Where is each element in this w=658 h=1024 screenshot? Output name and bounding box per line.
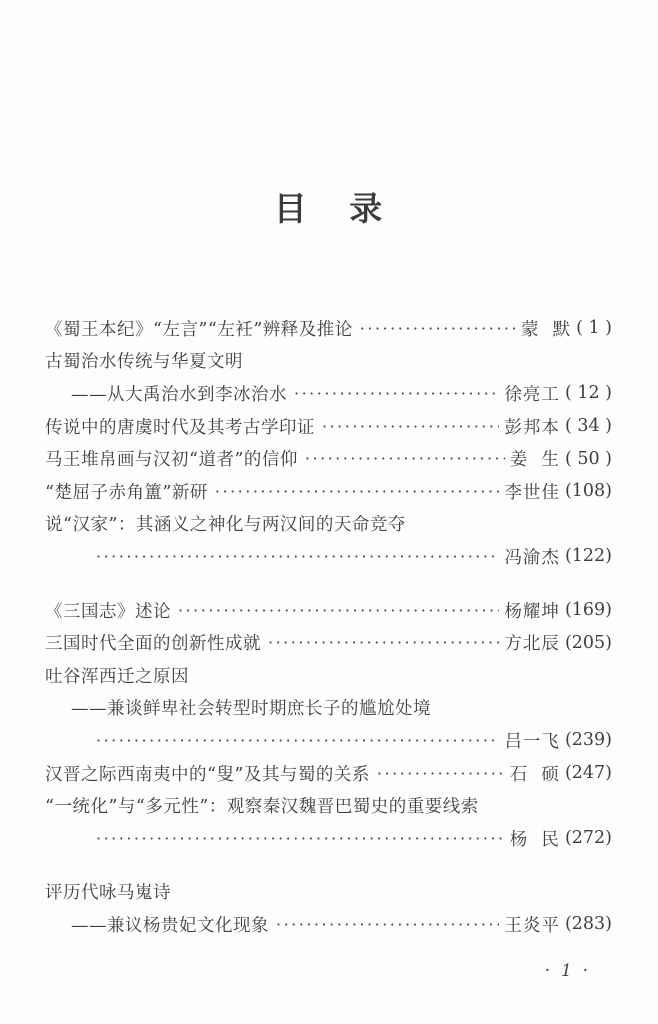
dots-leader: ········································… (276, 915, 499, 934)
dots-leader: ········································… (360, 319, 516, 338)
toc-entry: 马王堆帛画与汉初“道者”的信仰·························… (45, 442, 612, 475)
entry-title: 评历代咏马嵬诗 (45, 879, 171, 904)
book-page: 目 录 《蜀王本纪》“左言”“左衽”辨释及推论·················… (0, 0, 658, 1024)
toc-entry: ——兼谈鲜卑社会转型时期庶长子的尴尬处境 (45, 692, 612, 725)
entry-page: (108) (565, 481, 612, 501)
toc-entry: 古蜀治水传统与华夏文明 (45, 345, 612, 378)
entry-page: (205) (565, 633, 612, 653)
entry-author: 方北辰 (504, 630, 560, 655)
entry-page: ( 1 ) (576, 318, 612, 338)
entry-author: 杨耀坤 (504, 598, 560, 623)
entry-page: (247) (565, 763, 612, 783)
dots-leader: ········································… (96, 547, 499, 566)
toc-entry: “楚屈子赤角簠”新研······························… (45, 475, 612, 508)
entry-author: 徐亮工 (504, 381, 560, 406)
toc-list: 《蜀王本纪》“左言”“左衽”辨释及推论·····················… (45, 312, 612, 962)
toc-entry: 说“汉家”：其涵义之神化与两汉间的天命竞夺 (45, 508, 612, 541)
page-title: 目 录 (0, 183, 658, 230)
dots-leader: ········································… (96, 829, 505, 848)
entry-page: (122) (565, 546, 612, 566)
entry-author: 蒙 默 (521, 316, 571, 341)
toc-group: 评历代咏马嵬诗——兼议杨贵妃文化现象······················… (45, 876, 612, 941)
entry-page: ( 12 ) (565, 383, 612, 403)
dots-leader: ········································… (377, 764, 505, 783)
entry-title: 《蜀王本纪》“左言”“左衽”辨释及推论 (45, 316, 353, 341)
toc-group: 《三国志》述论·································… (45, 594, 612, 855)
toc-entry: 《蜀王本纪》“左言”“左衽”辨释及推论·····················… (45, 312, 612, 345)
entry-page: (272) (565, 828, 612, 848)
toc-entry: ——兼议杨贵妃文化现象·····························… (45, 908, 612, 941)
toc-entry: 评历代咏马嵬诗 (45, 876, 612, 909)
entry-page: ( 34 ) (565, 416, 612, 436)
entry-page: (239) (565, 730, 612, 750)
entry-author: 杨 民 (510, 826, 560, 851)
toc-group: 《蜀王本纪》“左言”“左衽”辨释及推论·····················… (45, 312, 612, 573)
toc-entry: ········································… (45, 724, 612, 757)
dots-leader: ········································… (96, 731, 499, 750)
toc-entry: 吐谷浑西迁之原因 (45, 659, 612, 692)
entry-author: 石 硕 (510, 761, 560, 786)
entry-page: ( 50 ) (565, 449, 612, 469)
entry-title: ——兼议杨贵妃文化现象 (45, 912, 269, 937)
dots-leader: ········································… (268, 633, 499, 652)
entry-title: “楚屈子赤角簠”新研 (45, 479, 208, 504)
toc-entry: ——从大禹治水到李冰治水····························… (45, 377, 612, 410)
toc-entry: 汉晋之际西南夷中的“叟”及其与蜀的关系·····················… (45, 757, 612, 790)
toc-entry: “一统化”与“多元性”：观察秦汉魏晋巴蜀史的重要线索 (45, 789, 612, 822)
entry-author: 王炎平 (504, 912, 560, 937)
toc-entry: 《三国志》述论·································… (45, 594, 612, 627)
entry-page: (169) (565, 600, 612, 620)
entry-title: 三国时代全面的创新性成就 (45, 630, 261, 655)
toc-entry: ········································… (45, 540, 612, 573)
dots-leader: ········································… (178, 601, 499, 620)
entry-title: 传说中的唐虞时代及其考古学印证 (45, 414, 315, 439)
entry-title: ——兼谈鲜卑社会转型时期庶长子的尴尬处境 (45, 695, 431, 720)
entry-author: 李世佳 (504, 479, 560, 504)
entry-title: 古蜀治水传统与华夏文明 (45, 348, 243, 373)
dots-leader: ········································… (294, 384, 499, 403)
entry-title: 汉晋之际西南夷中的“叟”及其与蜀的关系 (45, 761, 370, 786)
entry-author: 彭邦本 (504, 414, 560, 439)
toc-entry: 传说中的唐虞时代及其考古学印证·························… (45, 410, 612, 443)
toc-entry: ········································… (45, 822, 612, 855)
page-number: · 1 · (545, 961, 588, 981)
entry-title: “一统化”与“多元性”：观察秦汉魏晋巴蜀史的重要线索 (45, 793, 479, 818)
toc-entry: 三国时代全面的创新性成就····························… (45, 626, 612, 659)
entry-page: (283) (565, 914, 612, 934)
dots-leader: ········································… (305, 449, 505, 468)
entry-author: 冯渝杰 (504, 544, 560, 569)
entry-title: 《三国志》述论 (45, 598, 171, 623)
entry-title: ——从大禹治水到李冰治水 (45, 381, 287, 406)
entry-title: 吐谷浑西迁之原因 (45, 663, 189, 688)
entry-author: 姜 生 (510, 446, 560, 471)
dots-leader: ········································… (215, 482, 500, 501)
entry-author: 吕一飞 (504, 728, 560, 753)
dots-leader: ········································… (322, 417, 499, 436)
entry-title: 说“汉家”：其涵义之神化与两汉间的天命竞夺 (45, 511, 406, 536)
entry-title: 马王堆帛画与汉初“道者”的信仰 (45, 446, 298, 471)
